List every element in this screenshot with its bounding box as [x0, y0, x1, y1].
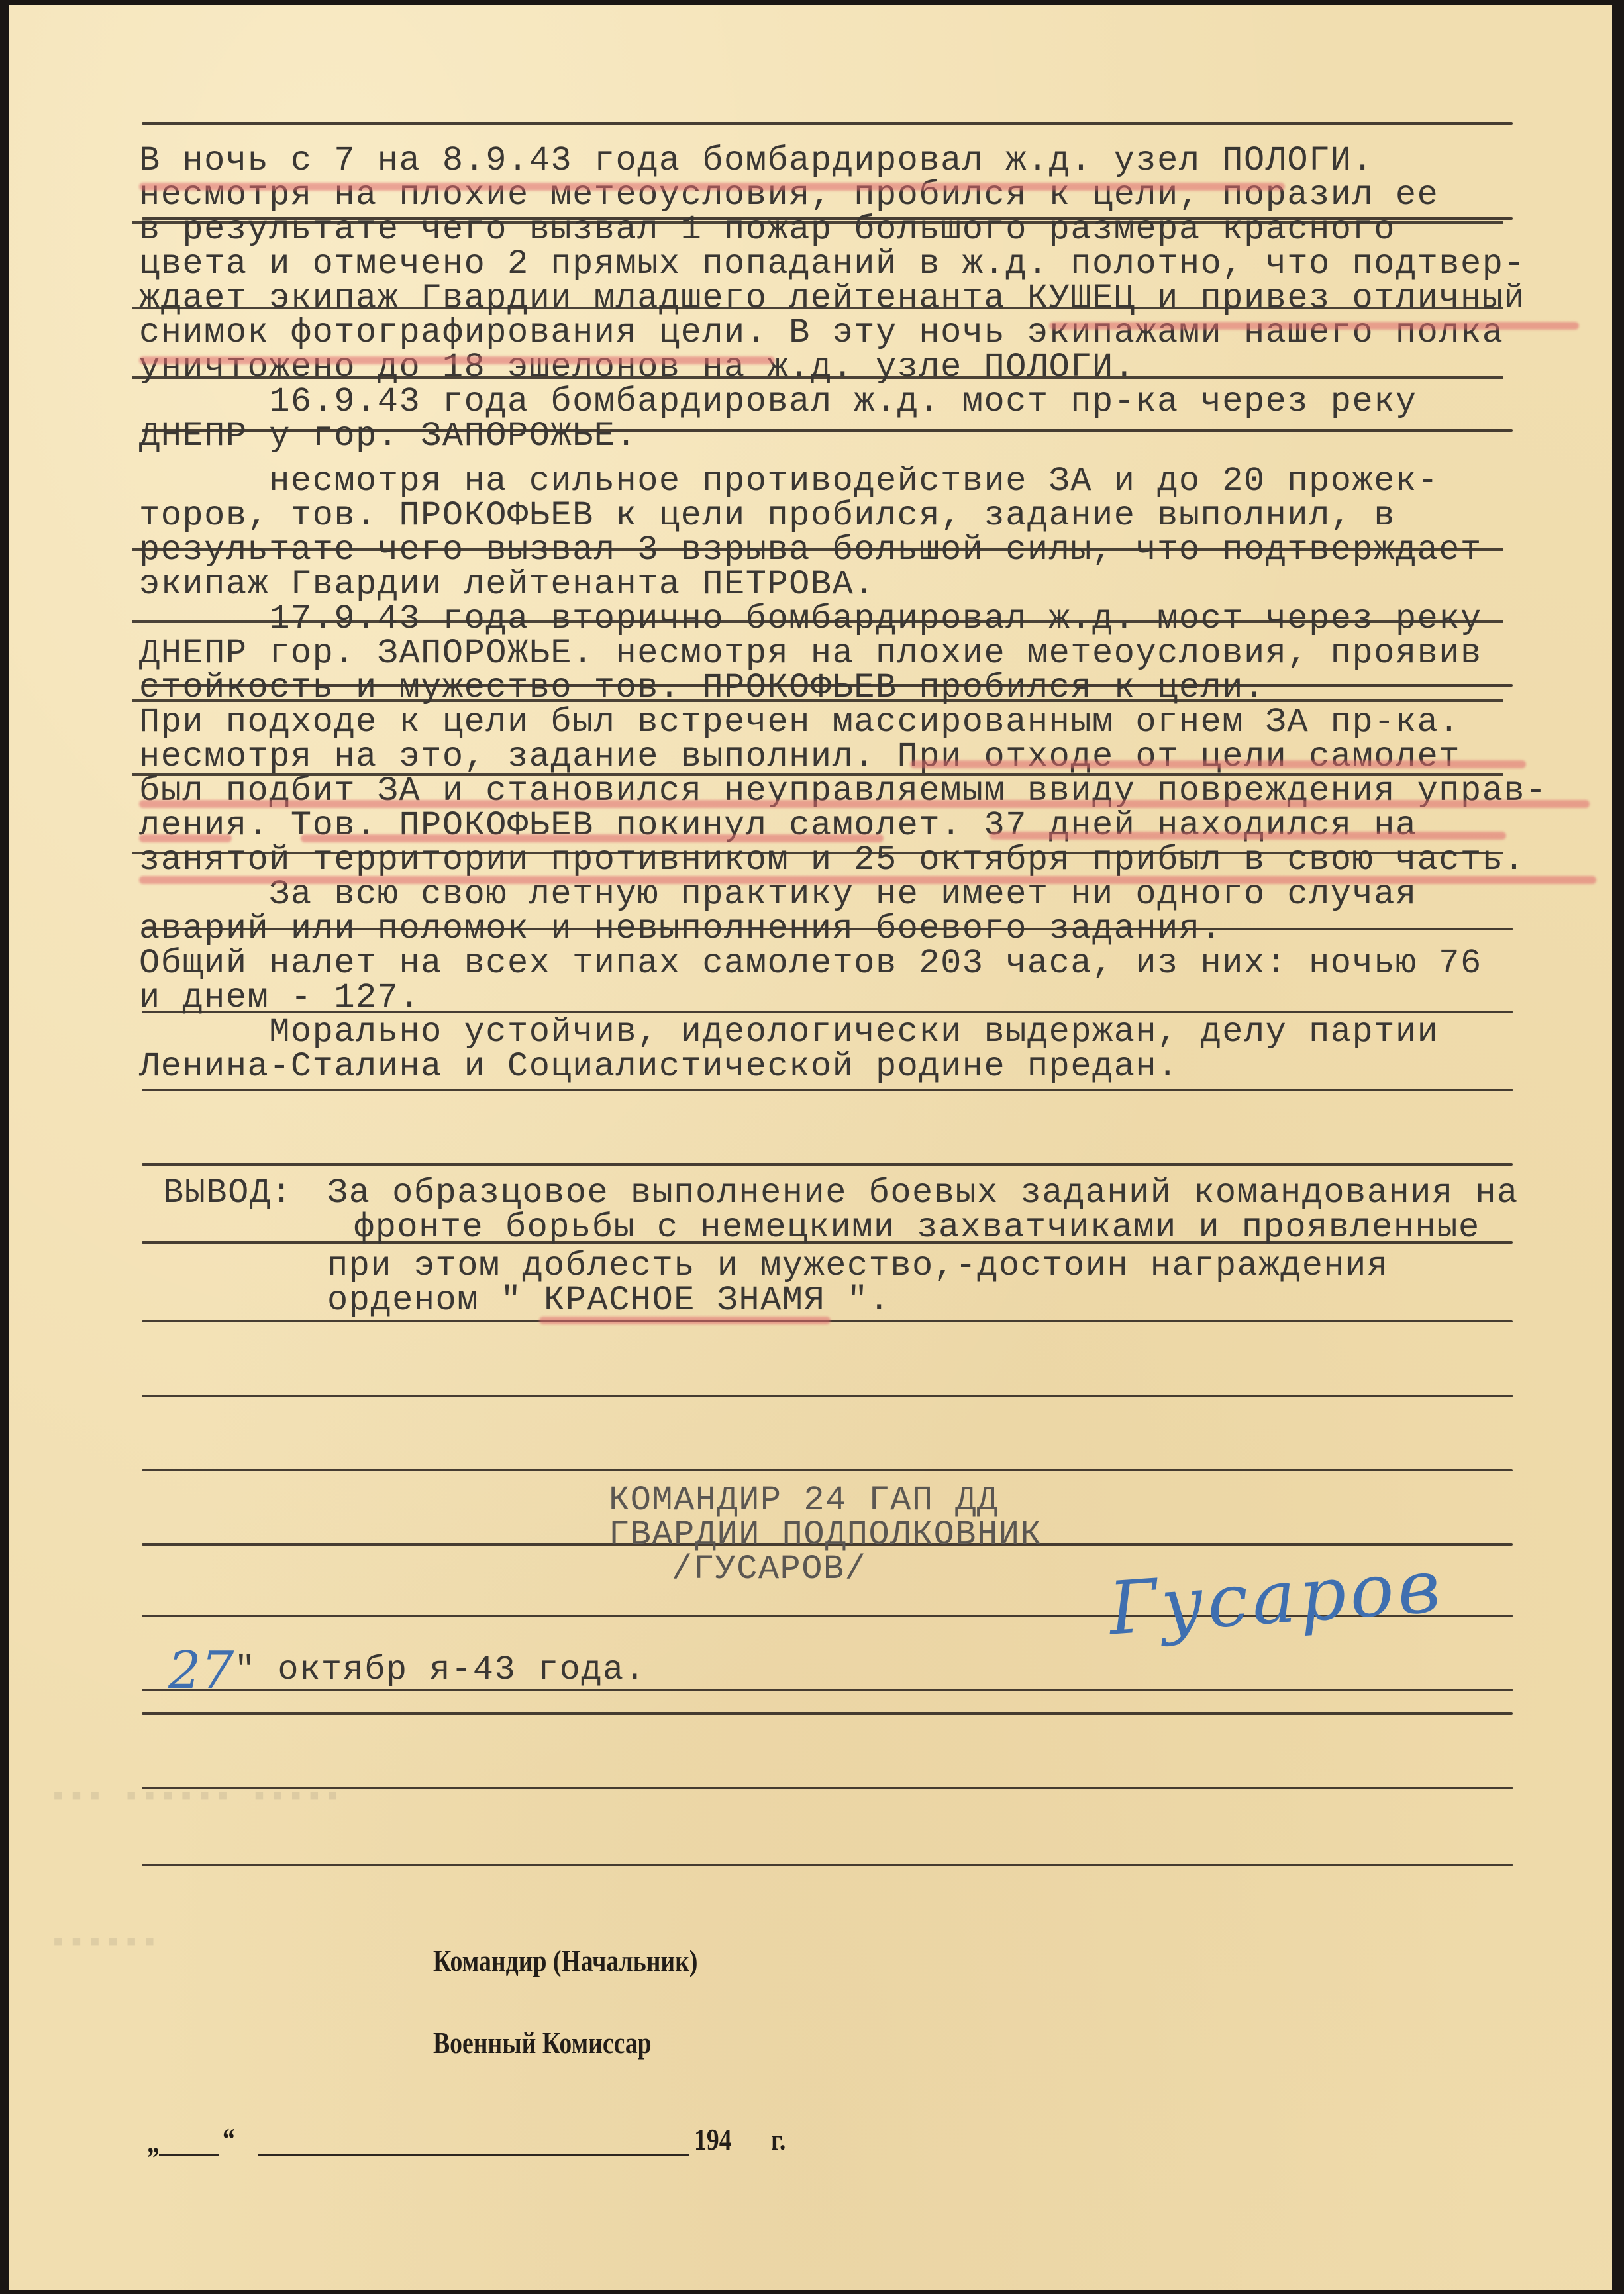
body-line: 17.9.43 года вторично бомбардировал ж.д.…	[139, 599, 1482, 639]
body-line: Морально устойчив, идеологически выдержа…	[139, 1013, 1439, 1052]
document-page: В ночь с 7 на 8.9.43 года бомбардировал …	[9, 5, 1612, 2290]
year-suffix: г.	[771, 2122, 786, 2157]
body-line: стойкость и мужество тов. ПРОКОФЬЕВ проб…	[139, 668, 1266, 708]
conclusion-line: при этом доблесть и мужество,-достоин на…	[327, 1246, 1389, 1286]
body-line: и днем - 127.	[139, 978, 421, 1018]
ruled-line	[142, 1864, 1513, 1866]
ruled-line	[142, 1089, 1513, 1091]
conclusion-line: фронте борьбы с немецкими захватчиками и…	[354, 1208, 1480, 1248]
ruled-line	[142, 1712, 1513, 1715]
body-line: торов, тов. ПРОКОФЬЕВ к цели пробился, з…	[139, 496, 1396, 536]
signatory-rank: ГВАРДИИ ПОДПОЛКОВНИК	[609, 1515, 1042, 1555]
date-close-quote: “	[223, 2121, 235, 2156]
red-pencil-underline	[990, 832, 1506, 840]
conclusion-label: ВЫВОД:	[163, 1173, 293, 1213]
signatory-title: КОМАНДИР 24 ГАП ДД	[609, 1481, 999, 1521]
signatory-name: /ГУСАРОВ/	[672, 1550, 866, 1589]
conclusion-line: орденом " КРАСНОЕ ЗНАМЯ ".	[327, 1281, 890, 1321]
red-pencil-underline	[301, 834, 884, 842]
red-pencil-underline	[139, 876, 1596, 884]
body-line: аварий или поломок и невыполнения боевог…	[139, 909, 1222, 949]
ruled-line	[142, 122, 1513, 125]
bleed-through-text: ▪▪▪▪▪▪	[49, 1926, 159, 1960]
body-line: В ночь с 7 на 8.9.43 года бомбардировал …	[139, 141, 1374, 181]
body-line: несмотря на плохие метеоусловия, пробилс…	[139, 175, 1439, 215]
body-line: несмотря на сильное противодействие ЗА и…	[139, 462, 1439, 501]
commissar-label: Военный Комиссар	[433, 2025, 652, 2060]
date-open-quote: „	[147, 2124, 160, 2160]
body-line: Ленина-Сталина и Социалистической родине…	[139, 1047, 1179, 1087]
ruled-line	[142, 1395, 1513, 1397]
day-blank	[159, 2154, 219, 2156]
body-line: 16.9.43 года бомбардировал ж.д. мост пр-…	[139, 382, 1417, 422]
red-pencil-underline	[139, 800, 1590, 808]
date-typed: " октябр я-43 года.	[234, 1650, 646, 1690]
body-line: в результате чего вызвал 1 пожар большог…	[139, 210, 1396, 250]
body-line: несмотря на это, задание выполнил. При о…	[139, 737, 1460, 777]
body-line: ДНЕПР гор. ЗАПОРОЖЬЕ. несмотря на плохие…	[139, 634, 1482, 673]
red-pencil-underline	[539, 1317, 831, 1324]
body-line: ждает экипаж Гвардии младшего лейтенанта…	[139, 279, 1525, 319]
red-pencil-underline	[910, 760, 1526, 768]
body-line: Общий налет на всех типах самолетов 203 …	[139, 944, 1482, 983]
year-prefix: 194	[694, 2122, 732, 2157]
conclusion-line: За образцовое выполнение боевых заданий …	[327, 1173, 1519, 1213]
bleed-through-text: ▪▪▪▪▪ ▪▪▪▪▪▪ ▪▪▪	[49, 1780, 342, 1815]
handwritten-day: 27	[168, 1641, 234, 1701]
body-line: При подходе к цели был встречен массиров…	[139, 703, 1460, 742]
ruled-line	[142, 1163, 1513, 1166]
ruled-line	[142, 1469, 1513, 1471]
red-pencil-underline	[139, 834, 232, 842]
body-line: результате чего вызвал 3 взрыва большой …	[139, 530, 1482, 570]
body-line: уничтожено до 18 эшелонов на ж.д. узле П…	[139, 348, 1135, 387]
body-line: экипаж Гвардии лейтенанта ПЕТРОВА.	[139, 565, 876, 605]
red-pencil-underline	[1049, 322, 1579, 330]
body-line: занятой территории противником и 25 октя…	[139, 840, 1525, 880]
red-pencil-underline	[139, 356, 775, 364]
month-blank	[258, 2154, 689, 2156]
handwritten-signature: Гусаров	[1106, 1543, 1446, 1651]
ruled-line	[142, 1787, 1513, 1789]
body-line: ДНЕПР у гор. ЗАПОРОЖЬЕ.	[139, 417, 637, 456]
body-line: цвета и отмечено 2 прямых попаданий в ж.…	[139, 244, 1525, 284]
red-pencil-underline	[139, 183, 1285, 191]
commander-label: Командир (Начальник)	[433, 1943, 697, 1978]
body-line: снимок фотографирования цели. В эту ночь…	[139, 313, 1503, 353]
